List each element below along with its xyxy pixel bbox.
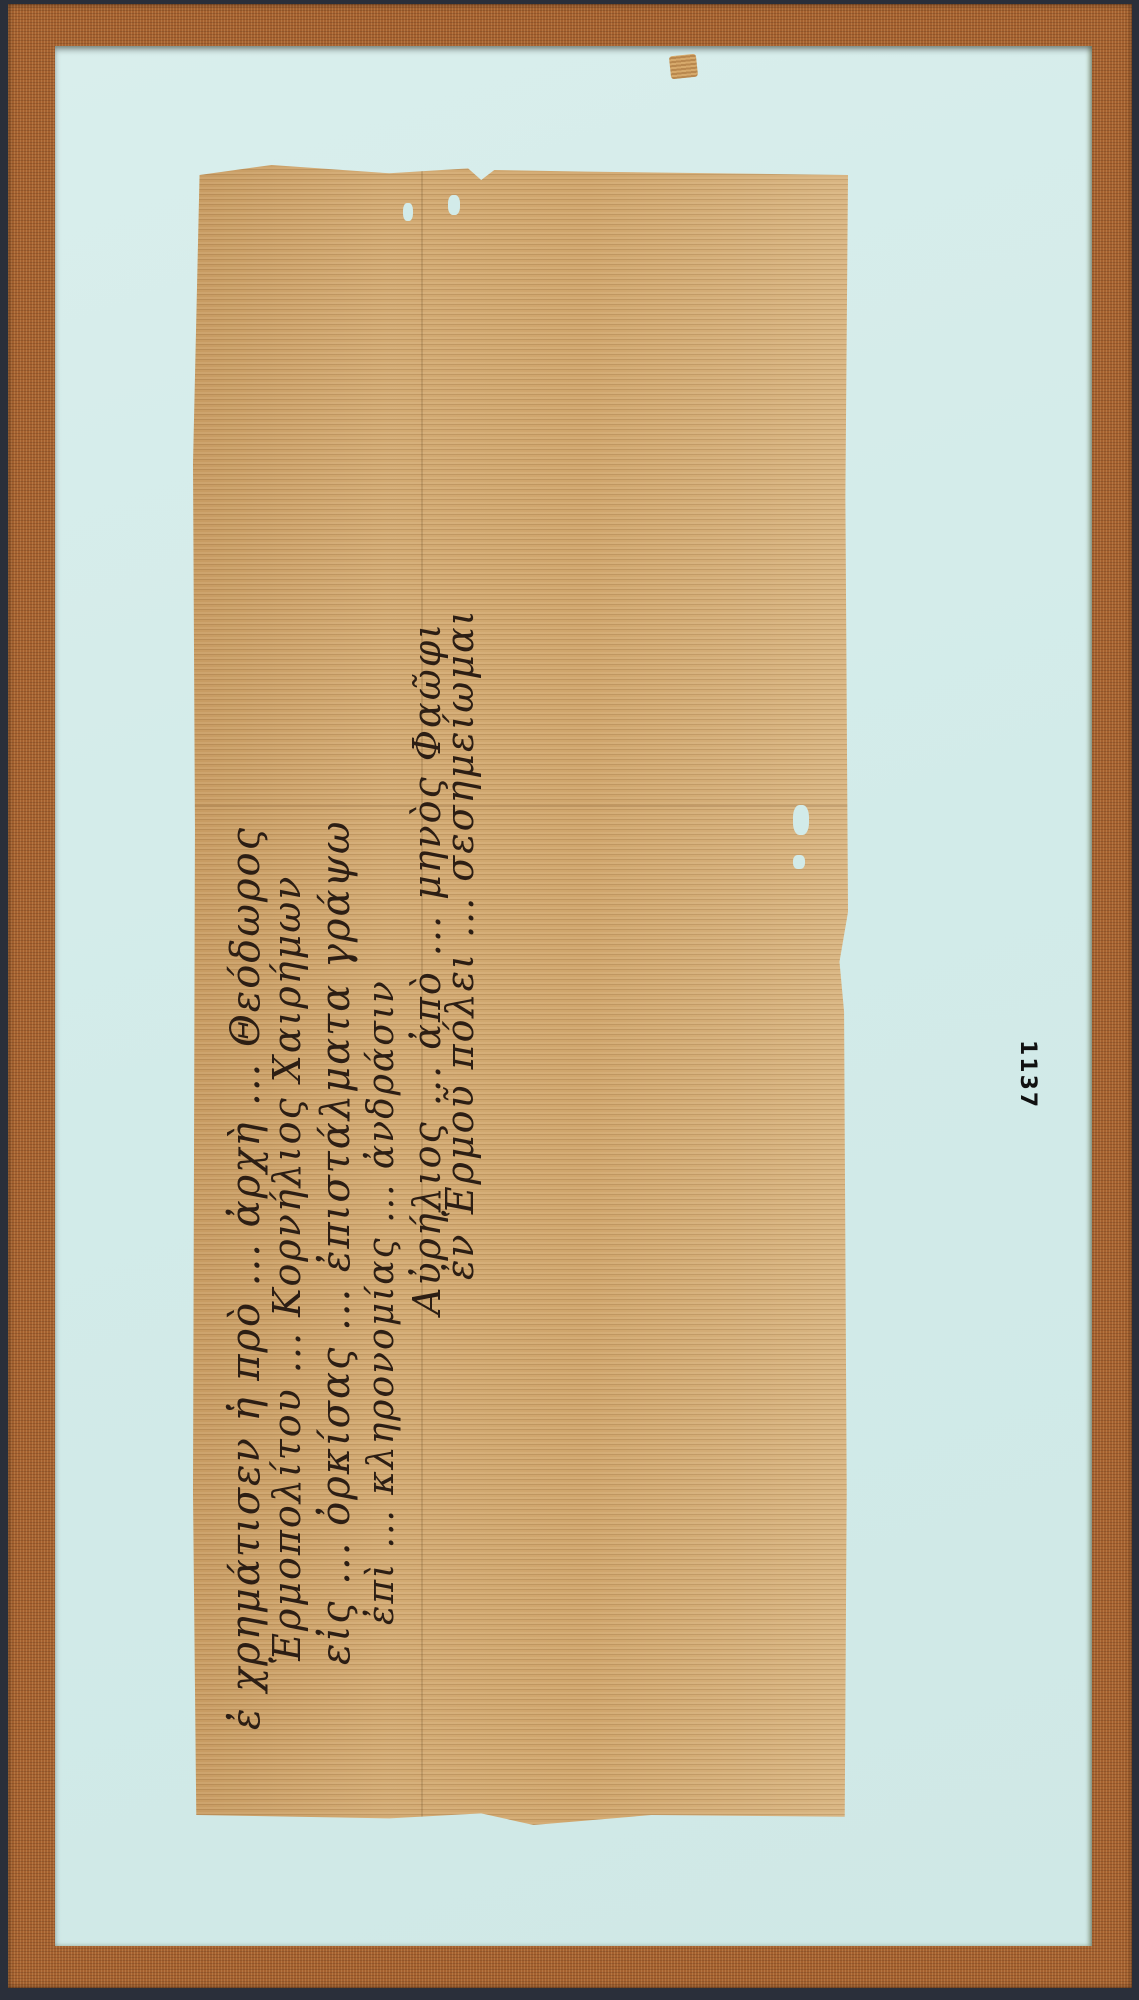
worm-hole: [448, 195, 460, 215]
papyrus-sheet: ἐ χρημάτισεν ἡ πρὸ ... ἀρχὴ ... Θεόδωρος…: [193, 165, 848, 1825]
fold-line: [193, 805, 848, 807]
text-line-6: ἐν Ἑρμοῦ πόλει ... σεσημείωμαι: [438, 608, 482, 1280]
worm-hole: [403, 203, 413, 221]
text-line-2: Ἑρμοπολίτου ... Κορνήλιος Χαιρήμων: [265, 875, 309, 1665]
worm-hole: [793, 805, 809, 835]
inventory-number: 1137: [1015, 1040, 1040, 1109]
text-line-1: ἐ χρημάτισεν ἡ πρὸ ... ἀρχὴ ... Θεόδωρος: [223, 826, 269, 1730]
papyrus-fragment: [669, 54, 698, 80]
text-line-4: ἐπὶ ... κληρονομίας ... ἀνδράσιν: [361, 979, 402, 1625]
text-line-3: εἰς ... ὀρκίσας ... ἐπιστάλματα γράψω: [313, 820, 359, 1665]
worm-hole: [793, 855, 805, 869]
